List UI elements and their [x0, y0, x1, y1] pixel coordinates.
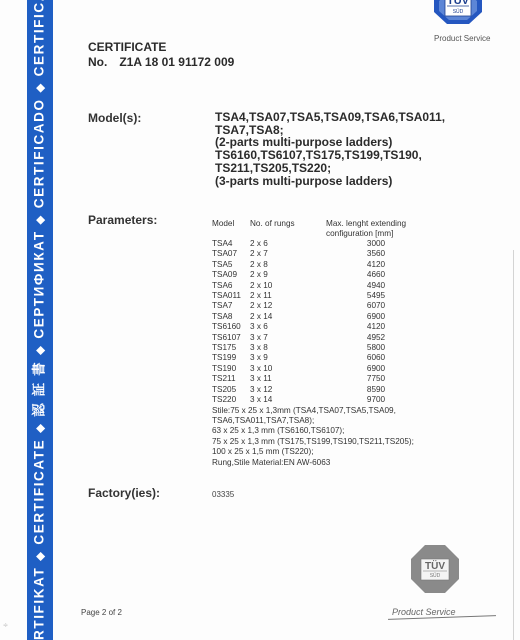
logo-caption: Product Service — [434, 34, 490, 43]
svg-text:SÜD: SÜD — [453, 8, 464, 15]
svg-text:TÜV: TÜV — [425, 559, 445, 572]
note-line: Rung,Stile Material:EN AW-6063 — [212, 458, 426, 468]
cell-model: TS205 — [212, 385, 250, 395]
signature: Product Service — [392, 607, 456, 617]
cell-max-length: 9700 — [326, 395, 426, 405]
cell-max-length: 4940 — [326, 281, 426, 291]
cell-rungs: 3 x 11 — [250, 374, 326, 384]
table-row: TSA0112 x 115495 — [212, 291, 426, 301]
table-row: TS61603 x 64120 — [212, 322, 426, 332]
certificate-number-label: No. — [88, 55, 116, 69]
table-row: TS1993 x 96060 — [212, 353, 426, 363]
cell-rungs: 3 x 14 — [250, 395, 326, 405]
factory-value: 03335 — [212, 490, 234, 499]
cell-model: TSA4 — [212, 239, 250, 249]
parameters-notes: Stile:75 x 25 x 1,3mm (TSA4,TSA07,TSA5,T… — [212, 406, 426, 468]
model-line: TS6160,TS6107,TS175,TS199,TS190, — [215, 149, 445, 162]
cell-model: TS211 — [212, 374, 250, 384]
cell-rungs: 2 x 9 — [250, 270, 326, 280]
banner-word: CERTIFICATE — [27, 439, 53, 545]
cell-model: TSA09 — [212, 270, 250, 280]
certificate-number-value: Z1A 18 01 91172 009 — [119, 55, 234, 69]
certificate-title: CERTIFICATE — [88, 40, 166, 54]
cell-max-length: 5495 — [326, 291, 426, 301]
page-edge-line — [513, 250, 514, 640]
cell-max-length: 5800 — [326, 343, 426, 353]
cell-rungs: 2 x 10 — [250, 281, 326, 291]
cell-rungs: 2 x 8 — [250, 260, 326, 270]
table-row: TS2203 x 149700 — [212, 395, 426, 405]
parameters-label: Parameters: — [88, 213, 157, 227]
table-row: TS1903 x 106900 — [212, 364, 426, 374]
cell-model: TSA011 — [212, 291, 250, 301]
cell-max-length: 4120 — [326, 260, 426, 270]
table-row: TSA072 x 73560 — [212, 249, 426, 259]
cell-rungs: 3 x 6 — [250, 322, 326, 332]
cell-max-length: 7750 — [326, 374, 426, 384]
cell-model: TSA07 — [212, 249, 250, 259]
cell-max-length: 6900 — [326, 312, 426, 322]
svg-text:SÜD: SÜD — [430, 572, 441, 579]
cell-model: TSA5 — [212, 260, 250, 270]
cell-model: TS175 — [212, 343, 250, 353]
parameters-header-row: Model No. of rungs Max. lenght extending… — [212, 219, 426, 239]
cell-rungs: 3 x 12 — [250, 385, 326, 395]
cell-max-length: 3560 — [326, 249, 426, 259]
table-row: TSA42 x 63000 — [212, 239, 426, 249]
table-row: TS2113 x 117750 — [212, 374, 426, 384]
cell-model: TSA7 — [212, 301, 250, 311]
cell-max-length: 6070 — [326, 301, 426, 311]
cell-max-length: 8590 — [326, 385, 426, 395]
diamond-icon: ◆ — [28, 82, 54, 92]
model-line: (3-parts multi-purpose ladders) — [215, 175, 445, 188]
cell-max-length: 4952 — [326, 333, 426, 343]
cell-max-length: 4120 — [326, 322, 426, 332]
cell-model: TS190 — [212, 364, 250, 374]
table-row: TS61073 x 74952 — [212, 333, 426, 343]
banner-word: RTIFIKAT — [27, 567, 53, 640]
diamond-icon: ◆ — [28, 214, 54, 224]
cell-rungs: 2 x 11 — [250, 291, 326, 301]
cell-rungs: 3 x 10 — [250, 364, 326, 374]
diamond-icon: ◆ — [28, 345, 54, 355]
certificate-side-banner: RTIFIKAT◆CERTIFICATE◆認 証 書◆СЕРТИФИКАТ◆CE… — [27, 0, 53, 640]
note-line: 63 x 25 x 1,3 mm (TS6160,TS6107); — [212, 426, 426, 436]
model-line: TSA4,TSA07,TSA5,TSA09,TSA6,TSA011, — [215, 111, 445, 124]
parameters-table: Model No. of rungs Max. lenght extending… — [212, 219, 426, 406]
tuv-sud-stamp-icon: TÜV SÜD — [410, 544, 460, 594]
cell-model: TS199 — [212, 353, 250, 363]
header-model: Model — [212, 219, 250, 239]
cell-rungs: 2 x 6 — [250, 239, 326, 249]
certificate-number: No. Z1A 18 01 91172 009 — [88, 55, 234, 69]
cell-model: TSA6 — [212, 281, 250, 291]
page-number: Page 2 of 2 — [81, 608, 122, 617]
note-line: Stile:75 x 25 x 1,3mm (TSA4,TSA07,TSA5,T… — [212, 406, 426, 416]
cell-max-length: 6900 — [326, 364, 426, 374]
table-row: TSA72 x 126070 — [212, 301, 426, 311]
banner-word: CERTIFICADO — [27, 98, 53, 208]
header-max-length: Max. lenght extending configuration [mm] — [326, 219, 426, 239]
cell-rungs: 3 x 7 — [250, 333, 326, 343]
header-rungs: No. of rungs — [250, 219, 326, 239]
diamond-icon: ◆ — [28, 551, 54, 561]
model-line: TS211,TS205,TS220; — [215, 162, 445, 175]
cell-max-length: 4660 — [326, 270, 426, 280]
models-label: Model(s): — [88, 111, 141, 125]
factory-label: Factory(ies): — [88, 486, 160, 500]
cell-rungs: 3 x 9 — [250, 353, 326, 363]
note-line: TSA6,TSA011,TSA7,TSA8); — [212, 416, 426, 426]
cell-rungs: 2 x 12 — [250, 301, 326, 311]
table-row: TS1753 x 85800 — [212, 343, 426, 353]
cell-max-length: 3000 — [326, 239, 426, 249]
cell-model: TS6107 — [212, 333, 250, 343]
banner-word: 認 証 書 — [27, 361, 53, 417]
table-row: TSA62 x 104940 — [212, 281, 426, 291]
cell-rungs: 2 x 14 — [250, 312, 326, 322]
tuv-sud-logo-icon: TÜV SÜD — [432, 0, 484, 26]
note-line: 100 x 25 x 1,5 mm (TS220); — [212, 447, 426, 457]
table-row: TSA82 x 146900 — [212, 312, 426, 322]
note-line: 75 x 25 x 1,3 mm (TS175,TS199,TS190,TS21… — [212, 437, 426, 447]
cell-max-length: 6060 — [326, 353, 426, 363]
table-row: TSA52 x 84120 — [212, 260, 426, 270]
banner-word: СЕРТИФИКАТ — [27, 230, 53, 338]
table-row: TS2053 x 128590 — [212, 385, 426, 395]
diamond-icon: ◆ — [28, 423, 54, 433]
cell-model: TS220 — [212, 395, 250, 405]
table-row: TSA092 x 94660 — [212, 270, 426, 280]
parameters-block: Model No. of rungs Max. lenght extending… — [212, 219, 426, 468]
cell-rungs: 3 x 8 — [250, 343, 326, 353]
banner-word: CERTIFICATE — [27, 0, 53, 76]
cell-model: TS6160 — [212, 322, 250, 332]
cell-rungs: 2 x 7 — [250, 249, 326, 259]
cell-model: TSA8 — [212, 312, 250, 322]
scan-mark: ·I· — [3, 623, 9, 628]
side-banner-text: RTIFIKAT◆CERTIFICATE◆認 証 書◆СЕРТИФИКАТ◆CE… — [27, 0, 53, 640]
models-list: TSA4,TSA07,TSA5,TSA09,TSA6,TSA011,TSA7,T… — [215, 111, 445, 187]
